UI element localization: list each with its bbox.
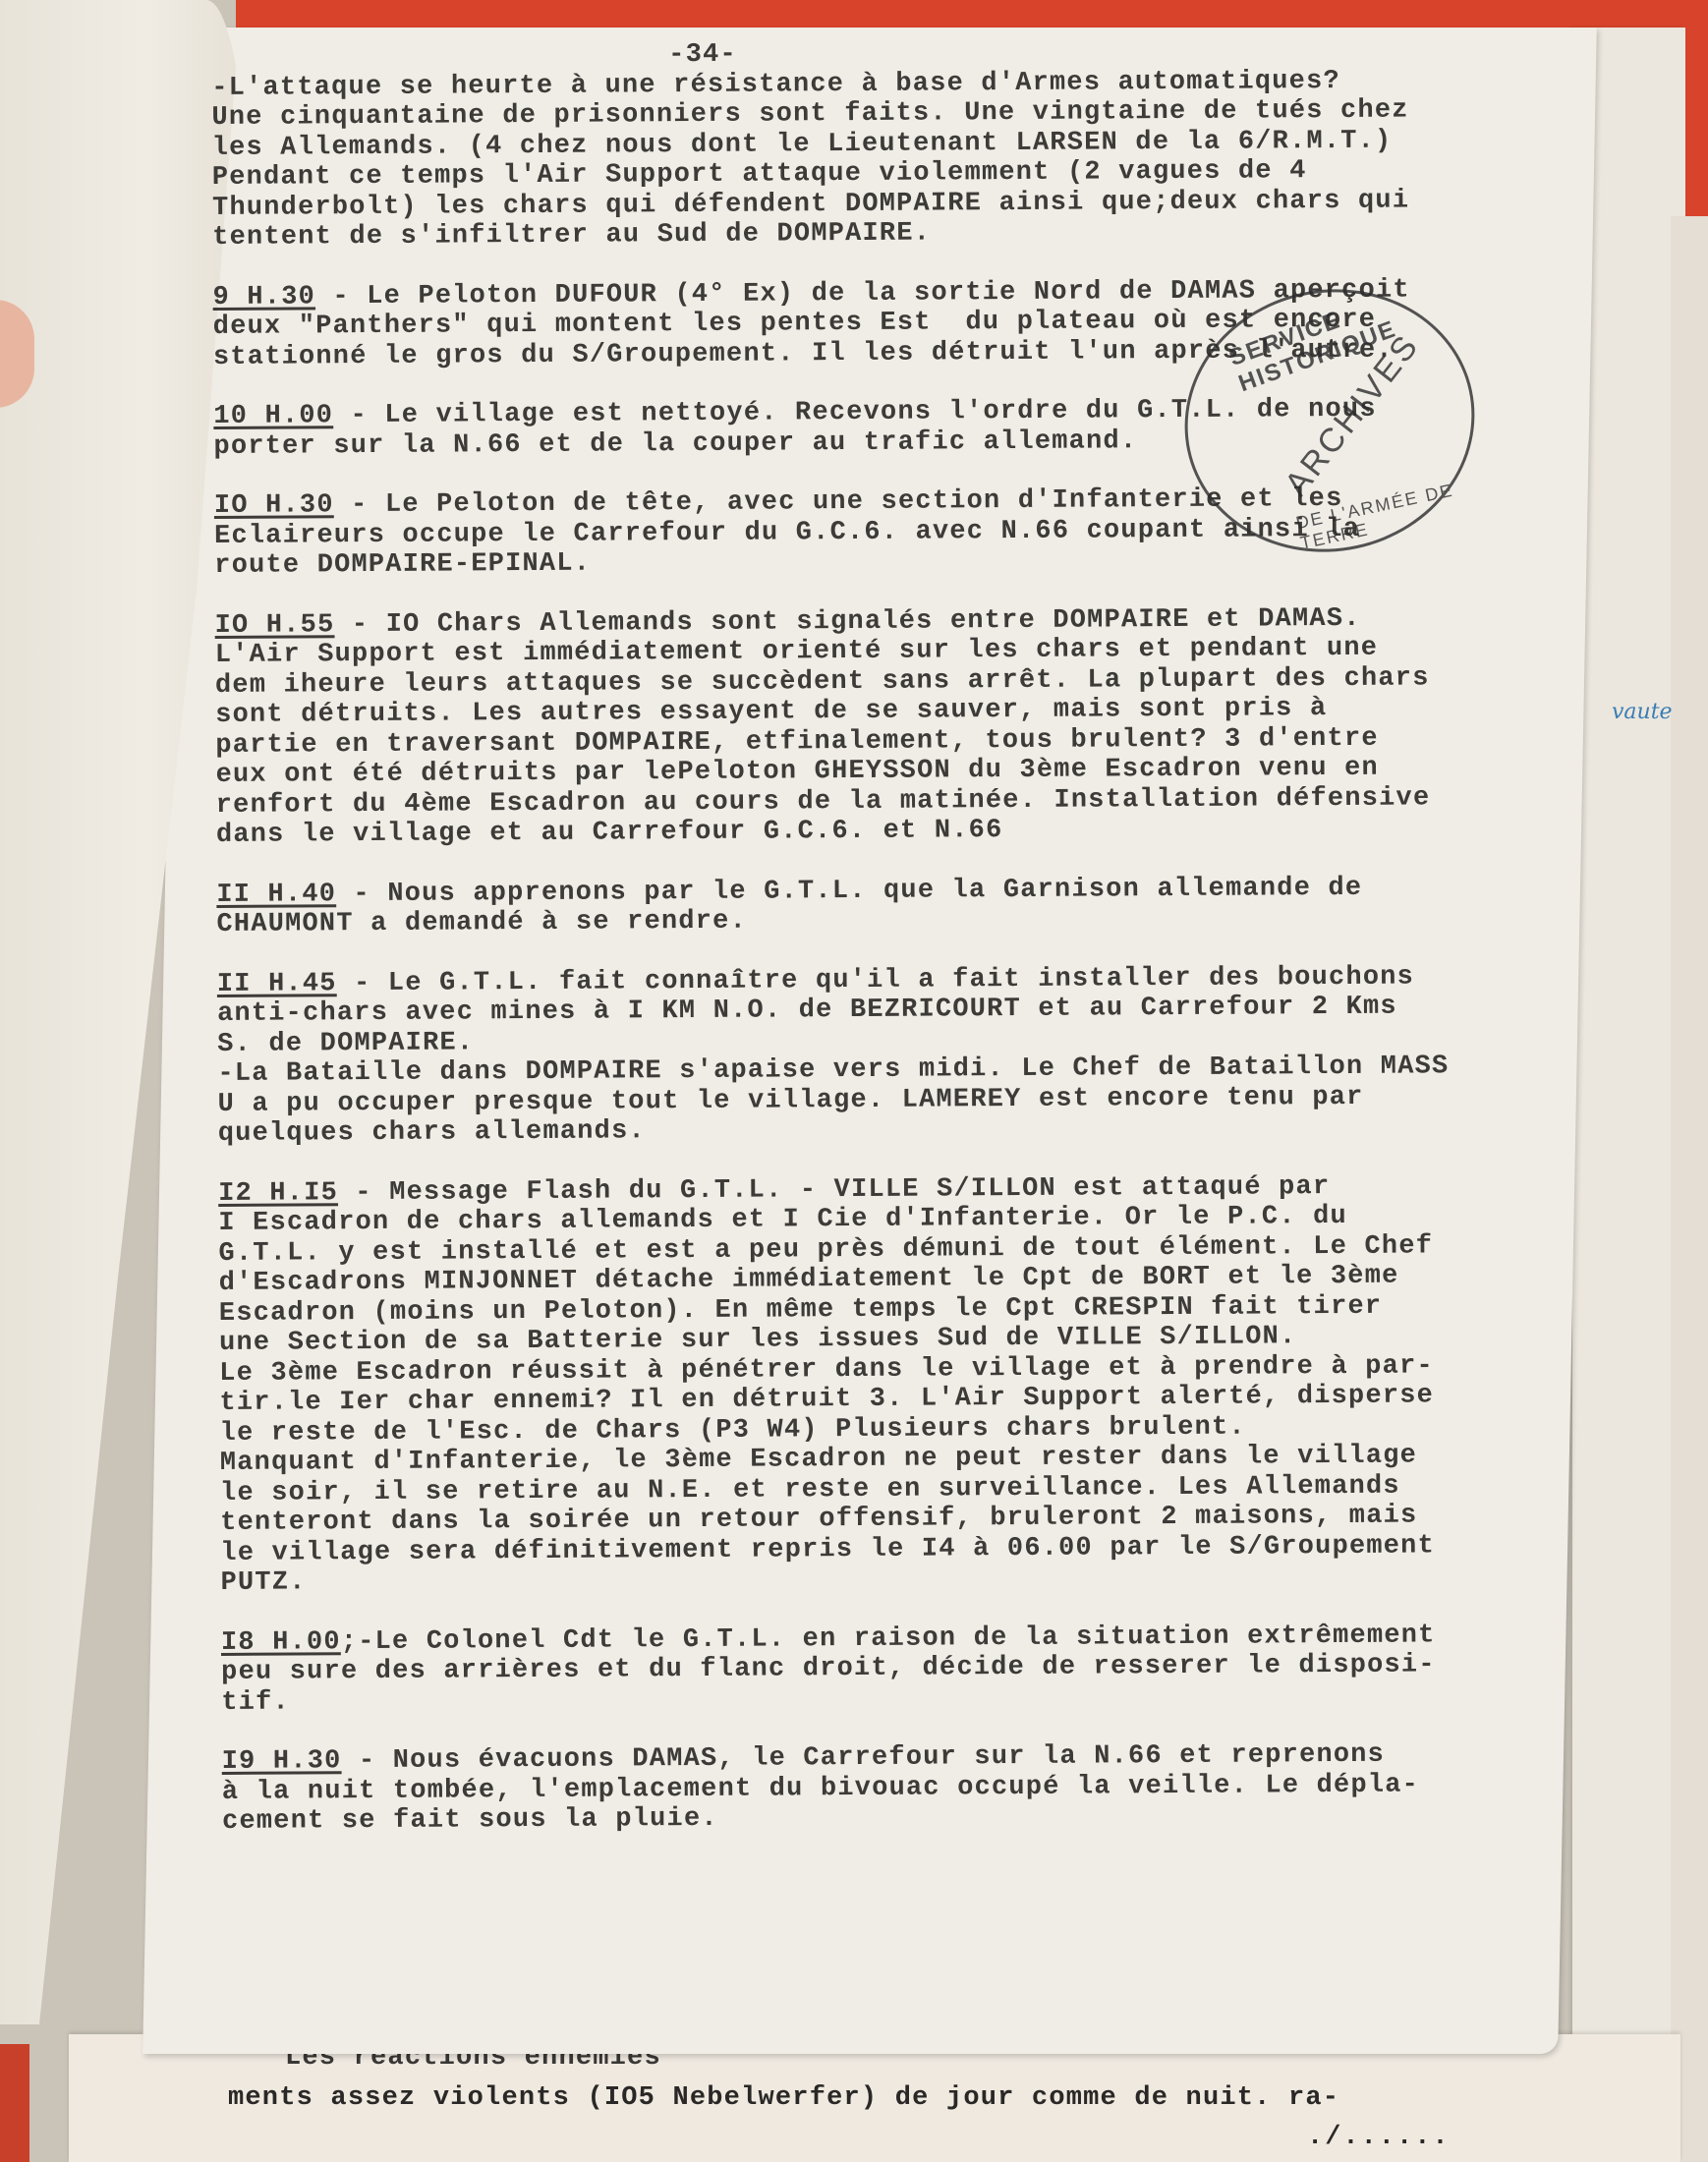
line-text: CHAUMONT a demandé à se rendre. <box>216 907 747 939</box>
red-folder-corner <box>0 2044 29 2162</box>
journal-entry: I8 H.00;-Le Colonel Cdt le G.T.L. en rai… <box>221 1620 1578 1718</box>
line-text: tentent de s'infiltrer au Sud de DOMPAIR… <box>212 219 931 253</box>
journal-entry: IO H.55 - IO Chars Allemands sont signal… <box>215 602 1572 850</box>
journal-entry: I9 H.30 - Nous évacuons DAMAS, le Carref… <box>222 1739 1579 1838</box>
line-text: S. de DOMPAIRE. <box>217 1028 474 1059</box>
entry-timestamp: 10 H.00 <box>213 401 333 431</box>
line-text: - Nous apprenons par le G.T.L. que la Ga… <box>336 873 1362 908</box>
next-page-partial-line: Les réactions ennemies <box>285 2054 661 2068</box>
line-text: quelques chars allemands. <box>218 1116 646 1149</box>
line-text: cement se fait sous la pluie. <box>222 1804 718 1837</box>
journal-entry: II H.40 - Nous apprenons par le G.T.L. q… <box>216 872 1572 939</box>
line-text: Eclaireurs occupe le Carrefour du G.C.6.… <box>214 514 1360 550</box>
journal-entry: II H.45 - Le G.T.L. fait connaître qu'il… <box>217 961 1574 1149</box>
line-text: porter sur la N.66 et de la couper au tr… <box>213 427 1137 462</box>
journal-entry: -L'attaque se heurte à une résistance à … <box>211 65 1568 253</box>
next-page-line: ments assez violents (IO5 Nebelwerfer) d… <box>228 2083 1339 2113</box>
entry-timestamp: IO H.30 <box>214 490 334 521</box>
entry-timestamp: I9 H.30 <box>222 1746 342 1777</box>
entry-timestamp: 9 H.30 <box>212 282 315 313</box>
line-text: tif. <box>221 1687 290 1717</box>
journal-entry: I2 H.I5 - Message Flash du G.T.L. - VILL… <box>218 1170 1577 1598</box>
line-text: dans le village et au Carrefour G.C.6. e… <box>216 816 1003 850</box>
line-text: PUTZ. <box>220 1567 306 1598</box>
entry-timestamp: I2 H.I5 <box>218 1178 338 1209</box>
continuation-mark: ./...... <box>1307 2123 1451 2152</box>
line-text: U a pu occuper presque tout le village. … <box>218 1082 1364 1118</box>
entry-timestamp: I8 H.00 <box>221 1627 341 1658</box>
entry-timestamp: II H.40 <box>216 880 336 910</box>
handwritten-margin-note: vaute <box>1612 700 1673 724</box>
entry-timestamp: II H.45 <box>217 969 337 999</box>
underlying-sheet-right-edge <box>1671 216 1708 2162</box>
entry-timestamp: IO H.55 <box>215 610 335 641</box>
line-text: route DOMPAIRE-EPINAL. <box>214 549 591 581</box>
